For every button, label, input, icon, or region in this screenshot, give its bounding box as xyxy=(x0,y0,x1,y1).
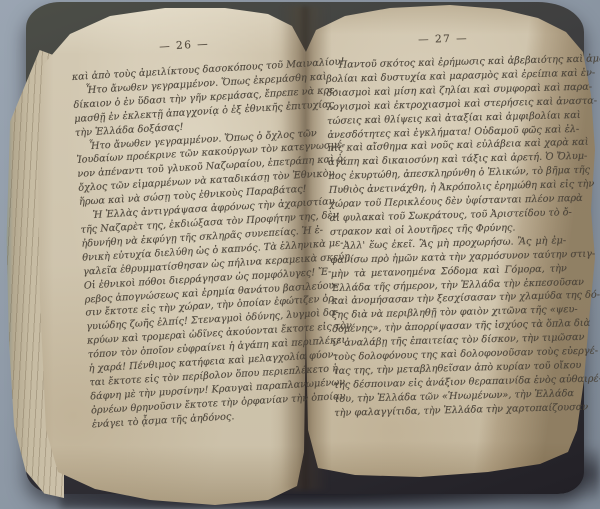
page-26-text-block: — 26 — καὶ ἀπὸ τοὺς ἀμειλίκτους δασοκόπο… xyxy=(70,33,320,432)
page-27-text-block: — 27 — Παντοῦ σκότος καὶ ἐρήμωσις καὶ ἀβ… xyxy=(325,30,570,420)
page-26-lines: καὶ ἀπὸ τοὺς ἀμειλίκτους δασοκόπους τοῦ … xyxy=(71,58,319,432)
page-27-lines: Παντοῦ σκότος καὶ ἐρήμωσις καὶ ἀβεβαιότη… xyxy=(326,53,571,420)
photo-background: — 26 — καὶ ἀπὸ τοὺς ἀμειλίκτους δασοκόπο… xyxy=(0,0,600,509)
